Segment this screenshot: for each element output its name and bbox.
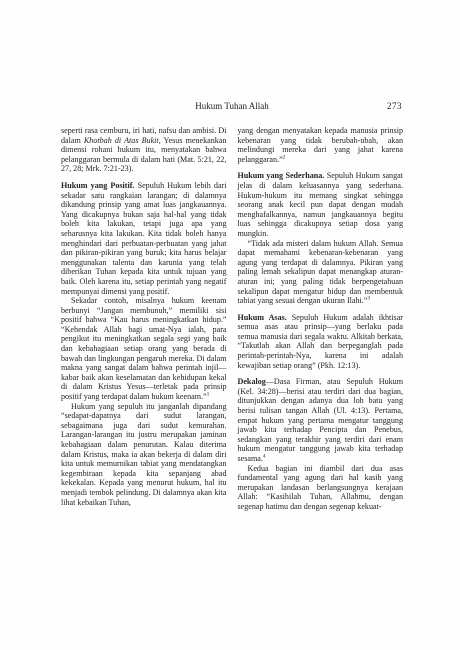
body-text: Kedua bagian ini diambil dari dua asas f… xyxy=(238,464,404,511)
paragraph: Kedua bagian ini diambil dari dua asas f… xyxy=(238,464,404,512)
right-column: yang dengan menyatakan kepada manusia pr… xyxy=(238,126,404,512)
paragraph: Hukum yang Positif. Sepuluh Hukum lebih … xyxy=(61,181,227,296)
book-page: Hukum Tuhan Allah 273 seperti rasa cembu… xyxy=(0,0,460,650)
left-column: seperti rasa cemburu, iri hati, nafsu da… xyxy=(61,126,227,512)
paragraph: Hukum yang sepuluh itu janganlah dipanda… xyxy=(61,402,227,508)
footnote-ref: 3 xyxy=(367,295,370,301)
footnote-ref: 2 xyxy=(283,154,286,160)
run-in-heading: Hukum yang Positif. xyxy=(61,181,134,190)
paragraph: Dekalog—Dasa Firman, atau Sepuluh Hukum … xyxy=(238,377,404,463)
footnote-ref: 1 xyxy=(207,391,210,397)
paragraph: “Tidak ada misteri dalam hukum Allah. Se… xyxy=(238,239,404,306)
footnote-ref: 4 xyxy=(263,453,266,459)
body-text: Sekadar contoh, misalnya hukum keenam be… xyxy=(61,296,227,401)
italic-title: Khotbah di Atas Bukit xyxy=(84,136,159,145)
paragraph: Hukum Asas. Sepuluh Hukum adalah ikhtisa… xyxy=(238,313,404,371)
body-text: —Dasa Firman, atau Sepuluh Hukum (Kel. 3… xyxy=(238,377,404,463)
text-columns: seperti rasa cemburu, iri hati, nafsu da… xyxy=(61,126,403,512)
body-text: Hukum yang sepuluh itu janganlah dipanda… xyxy=(61,402,227,507)
body-text: yang dengan menyatakan kepada manusia pr… xyxy=(238,126,404,164)
running-title: Hukum Tuhan Allah xyxy=(195,101,269,111)
run-in-heading: Hukum Asas. xyxy=(238,313,287,322)
run-in-heading: Dekalog xyxy=(238,377,266,386)
paragraph: yang dengan menyatakan kepada manusia pr… xyxy=(238,126,404,164)
paragraph: Hukum yang Sederhana. Sepuluh Hukum sang… xyxy=(238,171,404,238)
body-text: Sepuluh Hukum lebih dari sekadar satu ra… xyxy=(61,181,227,296)
paragraph: seperti rasa cemburu, iri hati, nafsu da… xyxy=(61,126,227,174)
run-in-heading: Hukum yang Sederhana. xyxy=(238,171,325,180)
body-text: “Tidak ada misteri dalam hukum Allah. Se… xyxy=(238,239,404,306)
paragraph: Sekadar contoh, misalnya hukum keenam be… xyxy=(61,296,227,402)
page-number: 273 xyxy=(387,101,402,112)
body-text: Sepuluh Hukum sangat jelas di dalam kelu… xyxy=(238,171,404,238)
page-header: Hukum Tuhan Allah 273 xyxy=(61,101,403,112)
